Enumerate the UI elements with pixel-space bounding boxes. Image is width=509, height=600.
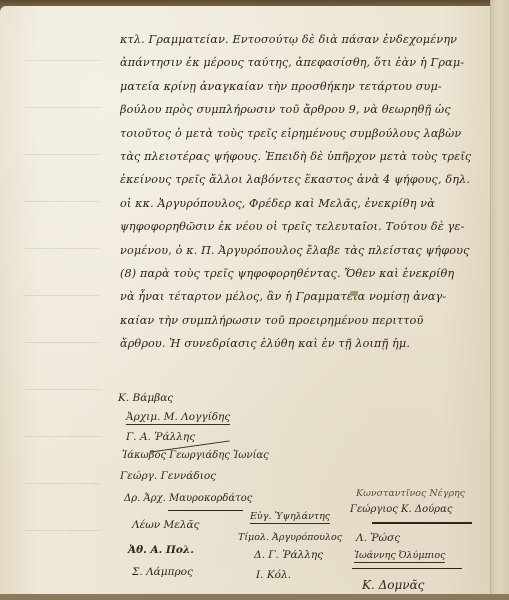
signature: Λέων Μελᾶς	[132, 519, 200, 531]
scan-bottom-band	[0, 594, 509, 600]
bleed-through-line	[25, 248, 100, 250]
signature: Τίμολ. Ἀργυρόπουλος	[238, 532, 342, 543]
bleed-through-line	[25, 530, 100, 532]
signature: Κ. Δομνᾶς	[362, 578, 424, 592]
text-line: ψηφοφορηθῶσιν ἐκ νέου οἱ τρεῖς τελευταῖο…	[120, 215, 492, 238]
bleed-through-line	[25, 436, 100, 438]
signature: Κ. Βάμβας	[118, 392, 173, 404]
bleed-through-line	[25, 107, 100, 109]
signature: Γεώργ. Γεννάδιος	[120, 470, 216, 482]
signature: Ἀθ. Α. Πολ.	[128, 544, 194, 556]
signature: Δ. Γ. Ῥάλλης	[254, 549, 323, 561]
bleed-through-line	[25, 295, 100, 297]
text-line: βούλου πρὸς συμπλήρωσιν τοῦ ἄρθρου 9, νὰ…	[120, 98, 492, 121]
manuscript-body: κτλ. Γραμματείαν. Εντοσούτῳ δὲ διὰ πάσαν…	[120, 28, 492, 355]
signature: Σ. Λάμπρος	[132, 566, 193, 578]
signature-underline	[168, 510, 243, 511]
text-line: ἄρθρου. Ἡ συνεδρίασις ἐλύθη καὶ ἐν τῇ λο…	[120, 332, 492, 355]
paper-stain	[350, 291, 358, 296]
bleed-through-line	[25, 60, 100, 62]
text-line: (8) παρὰ τοὺς τρεῖς ψηφοφορηθέντας. Ὅθεν…	[120, 262, 492, 285]
bleed-through-line	[25, 483, 100, 485]
signature: Γ. Α. Ῥάλλης	[126, 431, 195, 443]
text-line: κτλ. Γραμματείαν. Εντοσούτῳ δὲ διὰ πάσαν…	[120, 28, 492, 51]
manuscript-page: κτλ. Γραμματείαν. Εντοσούτῳ δὲ διὰ πάσαν…	[0, 6, 490, 600]
text-line: ἀπάντησιν ἐκ μέρους ταύτης, ἀπεφασίσθη, …	[120, 51, 492, 74]
text-line: τοιοῦτος ὁ μετὰ τοὺς τρεῖς εἰρημένους συ…	[120, 122, 492, 145]
signature-underline	[352, 568, 462, 569]
text-line: νομένου, ὁ κ. Π. Ἀργυρόπουλος ἔλαβε τὰς …	[120, 239, 492, 262]
signature: Λ. Ῥώσς	[356, 532, 400, 544]
signature: Ἀρχιμ. Μ. Λογγίδης	[126, 411, 230, 425]
text-line: οἱ κκ. Ἀργυρόπουλος, Φρέδερ καὶ Μελᾶς, ἐ…	[120, 192, 492, 215]
bleed-through-line	[25, 154, 100, 156]
signature: Ἰωάννης Ὀλύμπιος	[354, 550, 445, 563]
text-line: ματεία κρίνῃ ἀναγκαίαν τὴν προσθήκην τετ…	[120, 75, 492, 98]
bleed-through-line	[25, 201, 100, 203]
text-line: ἐκείνους τρεῖς ἄλλοι λαβόντες ἕκαστος ἀν…	[120, 168, 492, 191]
text-line: τὰς πλειοτέρας ψήφους. Ἐπειδὴ δὲ ὑπῆρχον…	[120, 145, 492, 168]
signature: Ι. Κόλ.	[256, 569, 291, 581]
bleed-through-line	[25, 342, 100, 344]
signature: Ἰάκωβος Γεωργιάδης Ἰωνίας	[122, 450, 269, 461]
signature-underline	[372, 522, 472, 524]
signature: Γεώργιος Κ. Δούρας	[350, 504, 452, 515]
signature: Εὐγ. Ὑψηλάντης	[250, 511, 330, 524]
text-line: καίαν τὴν συμπλήρωσιν τοῦ προειρημένου π…	[120, 309, 492, 332]
signature: Δρ. Ἀρχ. Μαυροκορδάτος	[124, 493, 252, 504]
signature: Κωνσταντῖνος Νέγρης	[356, 488, 465, 499]
bleed-through-line	[25, 389, 100, 391]
text-line: νὰ ἦναι τέταρτον μέλος, ἂν ἡ Γραμματεία …	[120, 285, 492, 308]
page-edge	[490, 0, 509, 600]
